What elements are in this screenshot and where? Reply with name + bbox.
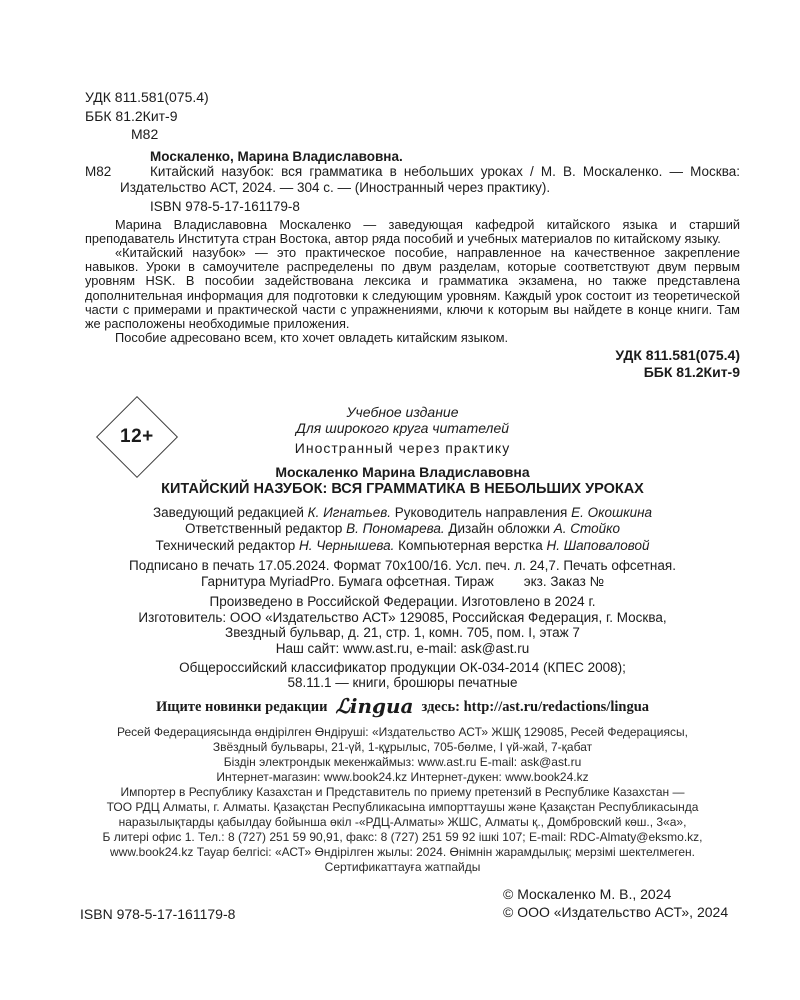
print-info-line-2: Гарнитура MyriadPro. Бумага офсетная. Ти… [75,574,730,590]
staff-name: К. Игнатьев. [308,505,391,520]
lingua-promo-prefix: Ищите новинки редакции [156,699,328,715]
edition-type: Учебное издание [75,404,730,420]
staff-role: Дизайн обложки [445,521,554,536]
kazakh-imprint-line: Интернет-магазин: www.book24.kz Интернет… [75,770,730,785]
bbk-code: ББК 81.2Кит-9 [85,108,178,124]
bib-author-heading: Москаленко, Марина Владиславовна. [150,149,740,165]
kazakh-imprint-block: Ресей Федерациясында өндірілген Өндіруші… [75,725,730,875]
bib-description: Китайский назубок: вся грамматика в небо… [120,164,740,195]
production-line: Произведено в Российской Федерации. Изго… [75,594,730,610]
udk-code: УДК 811.581(075.4) [85,89,209,105]
classifier-line: 58.11.1 — книги, брошюры печатные [75,675,730,690]
annotation-paragraph: Марина Владиславовна Москаленко — заведу… [85,218,740,246]
kazakh-imprint-line: Импортер в Республику Казахстан и Предст… [75,785,730,800]
staff-role: Ответственный редактор [185,521,346,536]
annotation-paragraph: Пособие адресовано всем, кто хочет овлад… [85,331,740,345]
book-title: КИТАЙСКИЙ НАЗУБОК: ВСЯ ГРАММАТИКА В НЕБО… [75,481,730,499]
print-info-line-1: Подписано в печать 17.05.2024. Формат 70… [75,558,730,574]
kazakh-imprint-line: Ресей Федерациясында өндірілген Өндіруші… [75,725,730,740]
staff-role: Руководитель направления [391,505,571,520]
product-classifier: Общероссийский классификатор продукции О… [75,660,730,690]
copyright-author: © Москаленко М. В., 2024 [503,886,728,904]
staff-name: Н. Чернышева. [299,538,394,553]
bib-entry: М82 Китайский назубок: вся грамматика в … [85,164,740,195]
staff-name: Н. Шаповаловой [547,538,650,553]
edition-audience: Для широкого круга читателей [75,420,730,436]
kazakh-imprint-line: Біздін электрондык мекенжаймыз: www.ast.… [75,755,730,770]
bibliographic-block: УДК 811.581(075.4) ББК 81.2Кит-9 М82 Мос… [85,88,740,380]
copyright-publisher: © ООО «Издательство АСТ», 2024 [503,904,728,922]
kazakh-imprint-line: www.book24.kz Тауар белгісі: «АСТ» Өндір… [75,845,730,860]
series-name: Иностранный через практику [75,440,730,457]
copyright-block: © Москаленко М. В., 2024 © ООО «Издатель… [503,886,728,921]
book-author-name: Москаленко Марина Владиславовна [75,464,730,481]
kazakh-imprint-line: ТОО РДЦ Алматы, г. Алматы. Қазақстан Рес… [75,800,730,815]
staff-role: Заведующий редакцией [153,505,308,520]
classifier-line: Общероссийский классификатор продукции О… [75,660,730,675]
bbk-code-right: ББК 81.2Кит-9 [644,364,740,380]
print-info: Подписано в печать 17.05.2024. Формат 70… [75,558,730,590]
production-info: Произведено в Российской Федерации. Изго… [75,594,730,656]
staff-role: Технический редактор [156,538,299,553]
annotation: Марина Владиславовна Москаленко — заведу… [85,218,740,346]
editorial-staff: Заведующий редакцией К. Игнатьев. Руково… [75,505,730,555]
staff-role: Компьютерная верстка [394,538,546,553]
staff-line-1: Заведующий редакцией К. Игнатьев. Руково… [75,505,730,522]
kazakh-imprint-line: Сертификаттауға жатпайды [75,860,730,875]
lingua-promo-line: Ищите новинки редакцииℒinguaздесь: http:… [75,694,730,719]
kazakh-imprint-line: наразылықтарды қабылдау бойынша өкіл -«Р… [75,815,730,830]
catalog-letter-code: М82 [131,125,740,144]
lingua-promo-url: здесь: http://ast.ru/redactions/lingua [422,699,650,715]
bib-entry-code: М82 [85,164,111,180]
colophon-center-column: Учебное издание Для широкого круга читат… [75,404,730,875]
colophon-page: УДК 811.581(075.4) ББК 81.2Кит-9 М82 Мос… [0,0,800,1000]
staff-name: А. Стойко [554,521,620,536]
lingua-logo: ℒingua [335,694,413,718]
production-line: Звездный бульвар, д. 21, стр. 1, комн. 7… [75,625,730,641]
catalog-codes-top: УДК 811.581(075.4) ББК 81.2Кит-9 М82 [85,88,740,144]
isbn-top: ISBN 978-5-17-161179-8 [150,199,740,215]
udk-code-right: УДК 811.581(075.4) [615,347,740,363]
isbn-bottom: ISBN 978-5-17-161179-8 [80,906,235,923]
kazakh-imprint-line: Б литері офис 1. Тел.: 8 (727) 251 59 90… [75,830,730,845]
kazakh-imprint-line: Звёздный бульвары, 21-үй, 1-құрылыс, 705… [75,740,730,755]
catalog-codes-right: УДК 811.581(075.4) ББК 81.2Кит-9 [85,347,740,380]
production-line: Наш сайт: www.ast.ru, e-mail: ask@ast.ru [75,641,730,657]
staff-line-2: Ответственный редактор В. Пономарева. Ди… [75,521,730,538]
staff-name: В. Пономарева. [346,521,445,536]
production-line: Изготовитель: ООО «Издательство АСТ» 129… [75,610,730,626]
staff-line-3: Технический редактор Н. Чернышева. Компь… [75,538,730,555]
staff-name: Е. Окошкина [571,505,652,520]
annotation-paragraph: «Китайский назубок» — это практическое п… [85,246,740,331]
